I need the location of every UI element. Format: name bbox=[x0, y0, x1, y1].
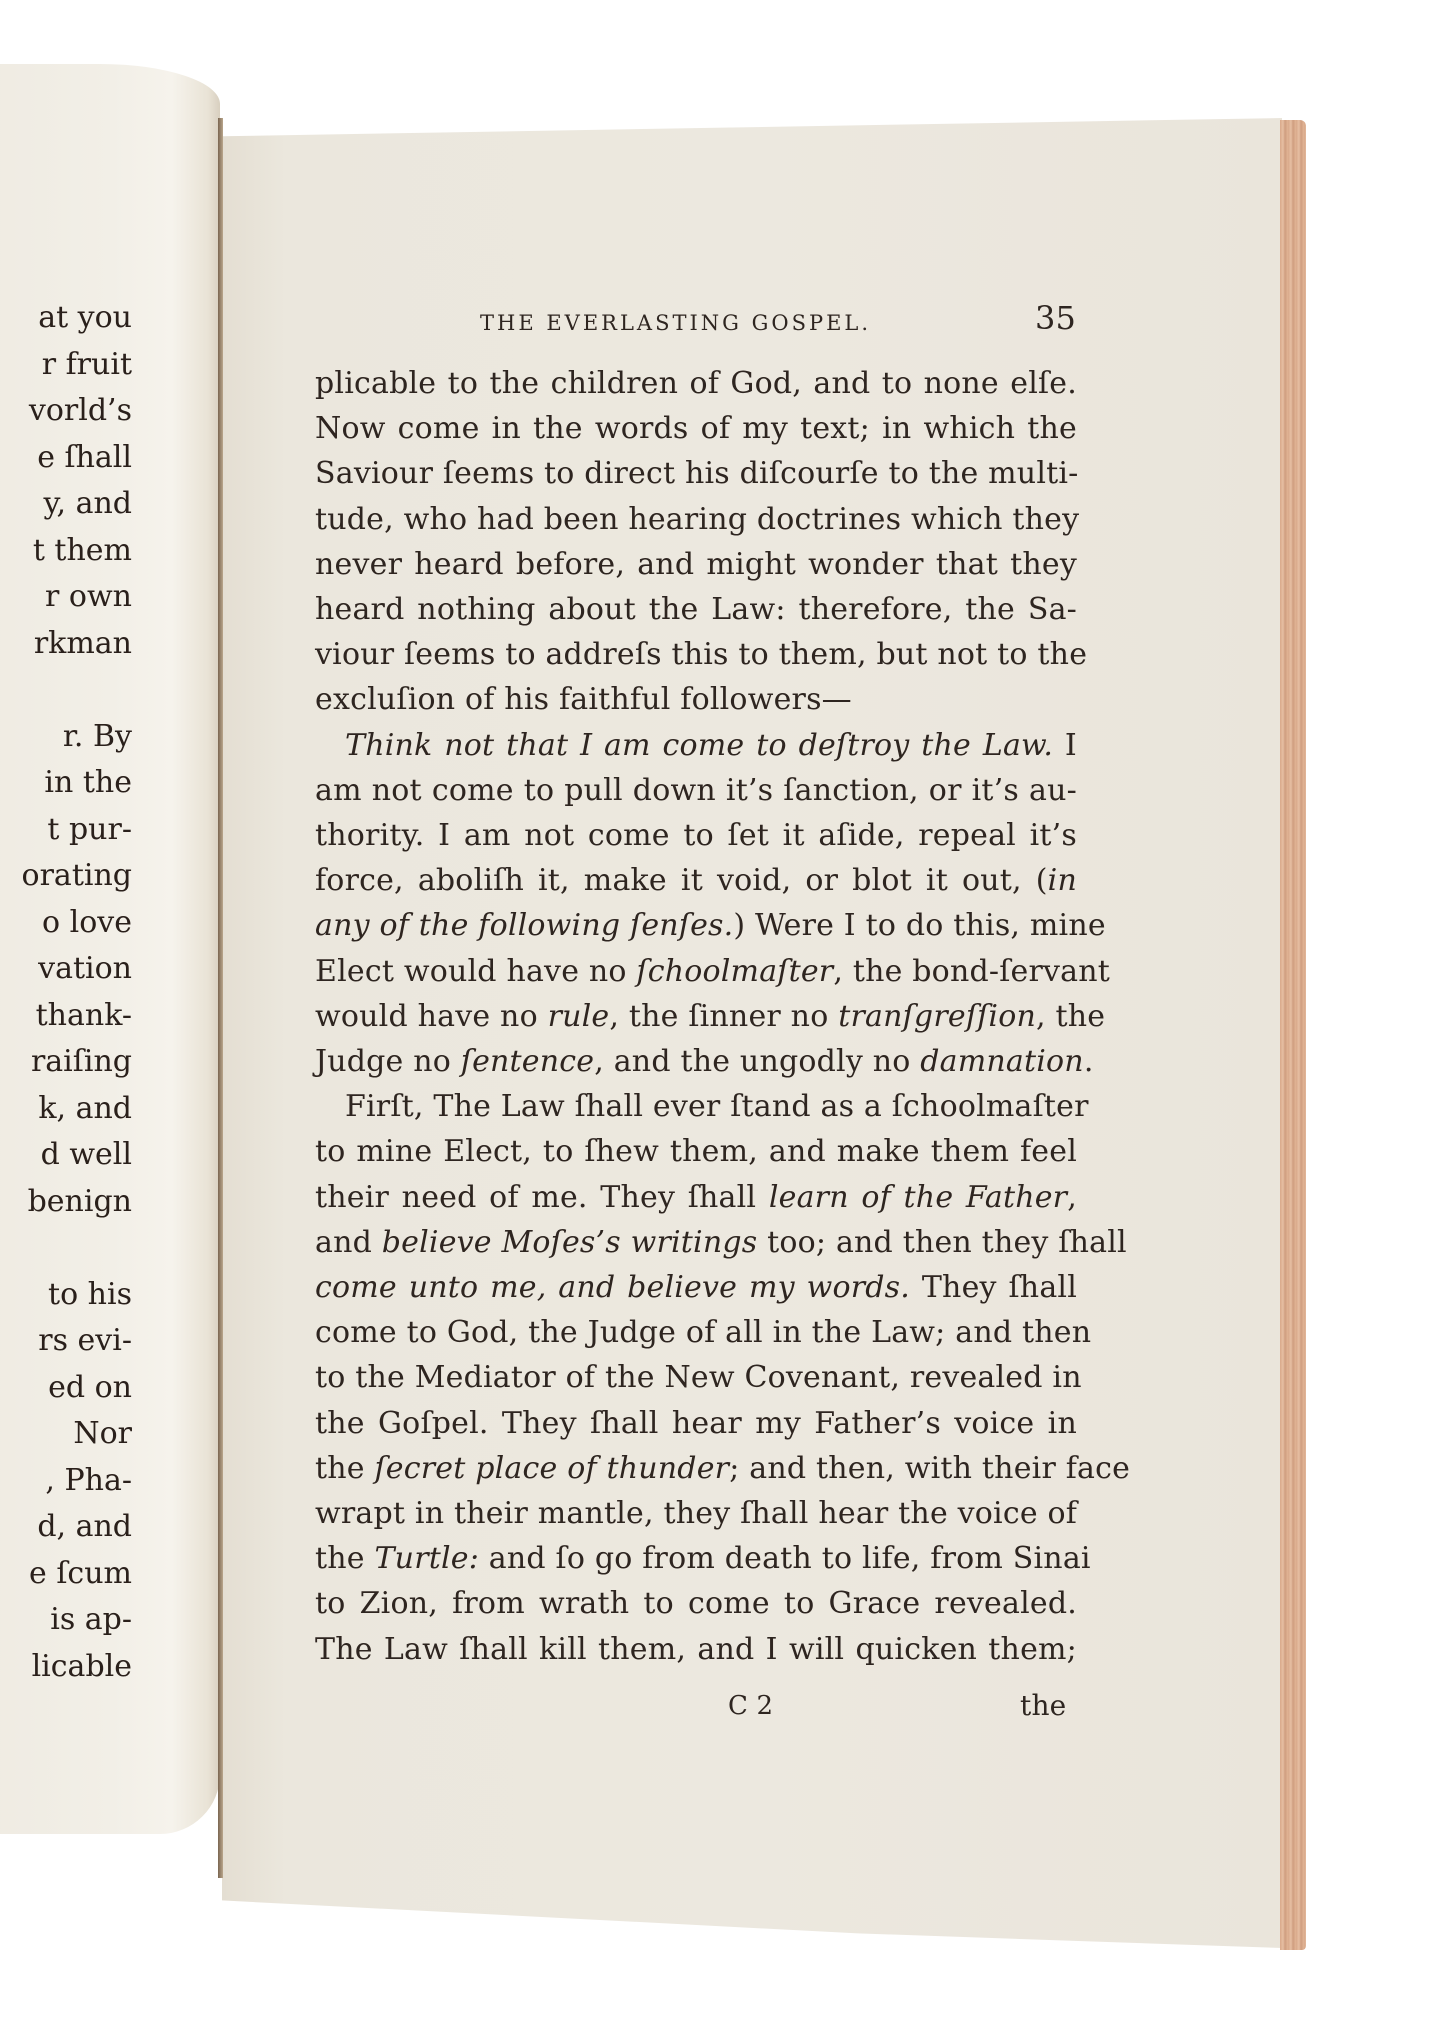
left-text-fragment: licable bbox=[32, 1649, 132, 1685]
text-segment: Now come in the words of my text; in whi… bbox=[315, 411, 1077, 446]
left-text-fragment: t them bbox=[33, 533, 132, 569]
left-text-fragment: o love bbox=[42, 905, 132, 941]
text-segment: am not come to pull down it’s ſanction, … bbox=[315, 773, 1077, 808]
text-segment: to the Mediator of the New Covenant, rev… bbox=[315, 1360, 1082, 1395]
text-line: wrapt in their mantle, they ſhall hear t… bbox=[315, 1496, 1077, 1532]
italic-segment: in bbox=[1048, 863, 1077, 898]
italic-segment: believe Moſes’s writings bbox=[382, 1225, 758, 1260]
text-line: and believe Moſes’s writings too; and th… bbox=[315, 1225, 1077, 1261]
text-segment: and ſo go from death to life, from Sinai bbox=[479, 1541, 1091, 1576]
text-segment: the bbox=[315, 1451, 374, 1486]
text-line: am not come to pull down it’s ſanction, … bbox=[315, 773, 1077, 809]
left-text-fragment: t pur- bbox=[47, 812, 132, 848]
left-text-fragment: e ſhall bbox=[37, 440, 132, 476]
text-line: force, aboliſh it, make it void, or blot… bbox=[315, 863, 1077, 899]
text-line: never heard before, and might wonder tha… bbox=[315, 547, 1077, 583]
left-text-fragment: Nor bbox=[73, 1416, 132, 1452]
text-line: plicable to the children of God, and to … bbox=[315, 366, 1077, 402]
text-segment: the bbox=[315, 1541, 374, 1576]
left-text-fragment: r. By bbox=[63, 719, 132, 755]
page-number: 35 bbox=[1035, 300, 1076, 336]
text-line: The Law ſhall kill them, and I will quic… bbox=[315, 1632, 1077, 1668]
text-line: Judge no ſentence, and the ungodly no da… bbox=[315, 1044, 1077, 1080]
italic-segment: learn of the Father bbox=[769, 1180, 1067, 1215]
text-line: their need of me. They ſhall learn of th… bbox=[315, 1180, 1077, 1216]
italic-segment: ſentence bbox=[461, 1044, 594, 1079]
text-segment: tude, who had been hearing doctrines whi… bbox=[315, 502, 1079, 537]
text-segment: never heard before, and might wonder tha… bbox=[315, 547, 1077, 582]
text-line: come to God, the Judge of all in the Law… bbox=[315, 1315, 1077, 1351]
text-segment: wrapt in their mantle, they ſhall hear t… bbox=[315, 1496, 1077, 1531]
left-text-fragment: d well bbox=[41, 1137, 132, 1173]
left-text-fragment: in the bbox=[44, 765, 132, 801]
text-line: would have no rule, the ſinner no tranſg… bbox=[315, 999, 1077, 1035]
italic-segment: come unto me, and believe my words. bbox=[315, 1270, 910, 1305]
text-segment: their need of me. They ſhall bbox=[315, 1180, 769, 1215]
text-segment: Judge no bbox=[315, 1044, 461, 1079]
signature-mark: C 2 bbox=[728, 1688, 773, 1724]
text-segment: ) Were I to do this, mine bbox=[733, 908, 1105, 943]
left-text-fragment: d, and bbox=[37, 1509, 132, 1545]
catchword: the bbox=[1020, 1688, 1066, 1724]
running-head: THE EVERLASTING GOSPEL. bbox=[480, 305, 871, 341]
text-line: the Turtle: and ſo go from death to life… bbox=[315, 1541, 1077, 1577]
book-gutter bbox=[218, 118, 223, 1878]
italic-segment: Turtle: bbox=[374, 1541, 479, 1576]
left-text-fragment: vation bbox=[38, 951, 132, 987]
text-segment: to Zion, from wrath to come to Grace rev… bbox=[315, 1586, 1077, 1621]
text-segment: Saviour ſeems to direct his diſcourſe to… bbox=[315, 456, 1079, 491]
left-text-fragment: vorld’s bbox=[29, 393, 132, 429]
italic-segment: any of the following ſenſes. bbox=[315, 908, 733, 943]
text-segment: too; and then they ſhall bbox=[757, 1225, 1126, 1260]
text-line: tude, who had been hearing doctrines whi… bbox=[315, 502, 1077, 538]
left-text-fragment: rs evi- bbox=[38, 1323, 132, 1359]
left-text-fragment: to his bbox=[48, 1277, 132, 1313]
text-segment: They ſhall bbox=[910, 1270, 1077, 1305]
text-line: heard nothing about the Law: therefore, … bbox=[315, 592, 1077, 628]
text-segment: Elect would have no bbox=[315, 954, 636, 989]
left-text-fragment: orating bbox=[22, 858, 132, 894]
text-segment: , the bbox=[1036, 999, 1105, 1034]
text-line: come unto me, and believe my words. They… bbox=[315, 1270, 1077, 1306]
text-segment: heard nothing about the Law: therefore, … bbox=[315, 592, 1077, 627]
left-text-fragment: is ap- bbox=[50, 1602, 132, 1638]
text-segment: and bbox=[315, 1225, 382, 1260]
text-segment: would have no bbox=[315, 999, 548, 1034]
text-segment: . bbox=[1084, 1044, 1094, 1079]
text-segment: viour ſeems to addreſs this to them, but… bbox=[315, 637, 1087, 672]
text-segment: , the bond-ſervant bbox=[833, 954, 1110, 989]
text-segment: come to God, the Judge of all in the Law… bbox=[315, 1315, 1091, 1350]
left-text-fragment: r fruit bbox=[42, 347, 132, 383]
text-line: the Goſpel. They ſhall hear my Father’s … bbox=[315, 1406, 1077, 1442]
text-segment: plicable to the children of God, and to … bbox=[315, 366, 1077, 401]
italic-segment: ſchoolmaſter bbox=[636, 954, 833, 989]
text-segment: ; and then, with their face bbox=[729, 1451, 1130, 1486]
text-segment: the Goſpel. They ſhall hear my Father’s … bbox=[315, 1406, 1077, 1441]
text-segment: The Law ſhall kill them, and I will quic… bbox=[315, 1632, 1077, 1667]
text-line: Think not that I am come to deſtroy the … bbox=[315, 728, 1077, 764]
text-line: Firſt, The Law ſhall ever ſtand as a ſch… bbox=[315, 1089, 1077, 1125]
text-line: Saviour ſeems to direct his diſcourſe to… bbox=[315, 456, 1077, 492]
left-text-fragment: rkman bbox=[34, 626, 132, 662]
italic-segment: ſecret place of thunder bbox=[374, 1451, 729, 1486]
left-text-fragment: at you bbox=[38, 300, 132, 336]
text-segment: , and the ungodly no bbox=[594, 1044, 920, 1079]
text-segment: Firſt, The Law ſhall ever ſtand as a ſch… bbox=[345, 1089, 1089, 1124]
left-text-fragment: benign bbox=[28, 1184, 132, 1220]
text-segment: , bbox=[1067, 1180, 1077, 1215]
text-line: Now come in the words of my text; in whi… bbox=[315, 411, 1077, 447]
text-line: any of the following ſenſes.) Were I to … bbox=[315, 908, 1077, 944]
text-segment: to mine Elect, to ſhew them, and make th… bbox=[315, 1134, 1077, 1169]
text-line: thority. I am not come to ſet it aſide, … bbox=[315, 818, 1077, 854]
left-text-fragment: k, and bbox=[38, 1091, 132, 1127]
left-text-fragment: y, and bbox=[44, 486, 132, 522]
text-segment: force, aboliſh it, make it void, or blot… bbox=[315, 863, 1048, 898]
text-line: to Zion, from wrath to come to Grace rev… bbox=[315, 1586, 1077, 1622]
text-line: the ſecret place of thunder; and then, w… bbox=[315, 1451, 1077, 1487]
left-text-fragment: ed on bbox=[48, 1370, 132, 1406]
text-line: to mine Elect, to ſhew them, and make th… bbox=[315, 1134, 1077, 1170]
text-segment: , the ſinner no bbox=[609, 999, 838, 1034]
left-text-fragment: r own bbox=[45, 579, 132, 615]
text-segment: I bbox=[1053, 728, 1077, 763]
text-line: viour ſeems to addreſs this to them, but… bbox=[315, 637, 1077, 673]
text-line: Elect would have no ſchoolmaſter, the bo… bbox=[315, 954, 1077, 990]
text-segment: thority. I am not come to ſet it aſide, … bbox=[315, 818, 1077, 853]
text-line: excluſion of his faithful followers— bbox=[315, 682, 1077, 718]
italic-segment: Think not that I am come to deſtroy the … bbox=[345, 728, 1053, 763]
left-text-fragment: raiſing bbox=[31, 1044, 132, 1080]
text-line: to the Mediator of the New Covenant, rev… bbox=[315, 1360, 1077, 1396]
page-fore-edge bbox=[1280, 120, 1306, 1950]
left-text-fragment: thank- bbox=[36, 998, 132, 1034]
left-text-fragment: , Pha- bbox=[45, 1463, 132, 1499]
left-text-fragment: e ſcum bbox=[29, 1556, 132, 1592]
italic-segment: damnation bbox=[920, 1044, 1084, 1079]
text-segment: excluſion of his faithful followers— bbox=[315, 682, 852, 717]
italic-segment: tranſgreſſion bbox=[838, 999, 1036, 1034]
italic-segment: rule bbox=[548, 999, 610, 1034]
